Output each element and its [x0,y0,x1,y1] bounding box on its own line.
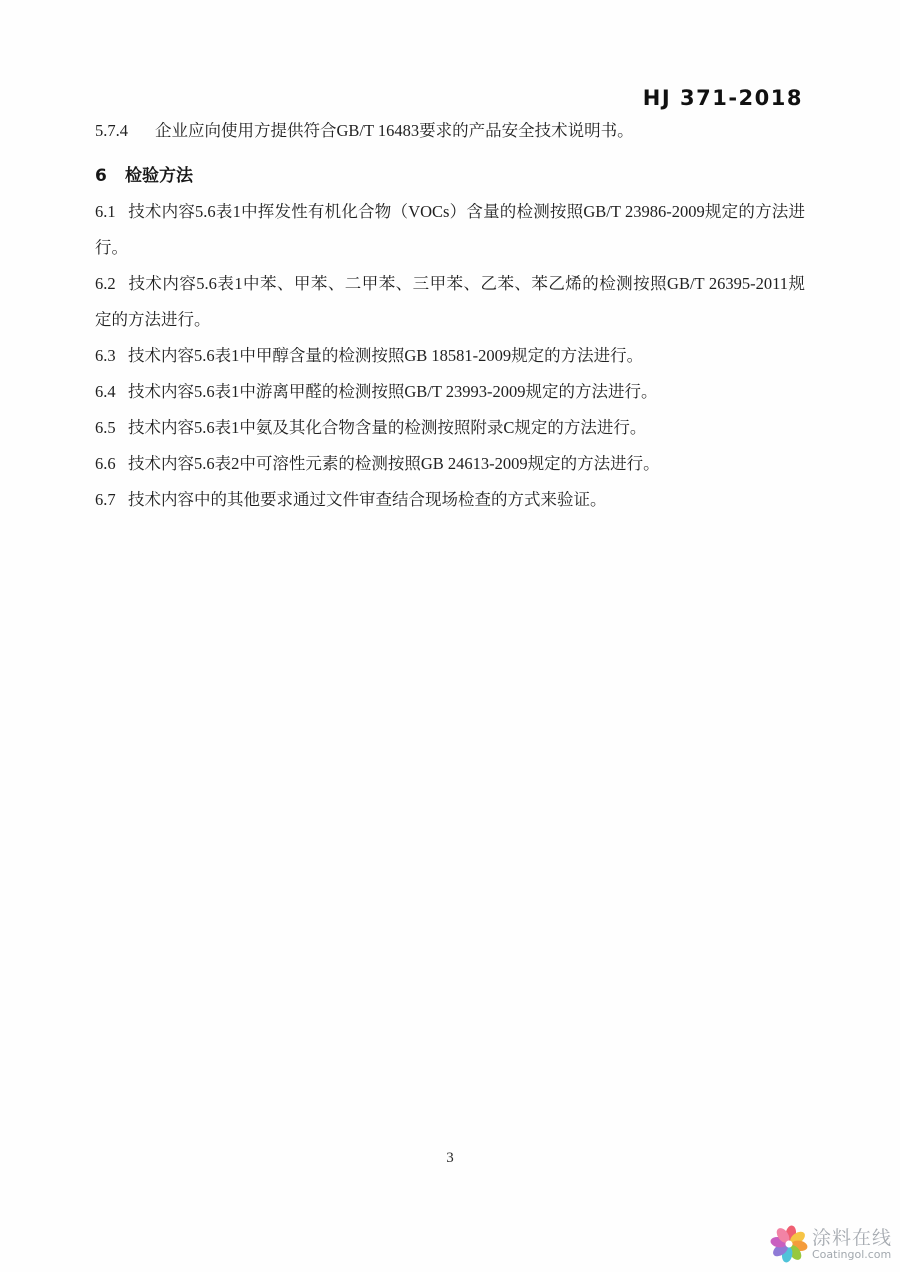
section-number: 6 [95,164,125,188]
clause-text: 技术内容5.6表1中苯、甲苯、二甲苯、三甲苯、乙苯、苯乙烯的检测按照GB/T 2… [95,274,805,329]
clause-6-4: 6.4技术内容5.6表1中游离甲醛的检测按照GB/T 23993-2009规定的… [95,374,805,410]
doc-code-header: HJ 371-2018 [643,86,803,110]
clause-number: 6.4 [95,374,128,410]
clause-text: 技术内容5.6表1中甲醇含量的检测按照GB 18581-2009规定的方法进行。 [128,346,643,365]
clause-number: 6.3 [95,338,128,374]
clause-6-6: 6.6技术内容5.6表2中可溶性元素的检测按照GB 24613-2009规定的方… [95,446,805,482]
pinwheel-flower-icon [769,1224,809,1264]
clause-text: 技术内容5.6表2中可溶性元素的检测按照GB 24613-2009规定的方法进行… [128,454,660,473]
clause-number: 5.7.4 [95,118,155,144]
clause-6-3: 6.3技术内容5.6表1中甲醇含量的检测按照GB 18581-2009规定的方法… [95,338,805,374]
clause-6-5: 6.5技术内容5.6表1中氨及其化合物含量的检测按照附录C规定的方法进行。 [95,410,805,446]
clause-6-2: 6.2技术内容5.6表1中苯、甲苯、二甲苯、三甲苯、乙苯、苯乙烯的检测按照GB/… [95,266,805,338]
clause-number: 6.7 [95,482,128,518]
clause-text: 技术内容5.6表1中游离甲醛的检测按照GB/T 23993-2009规定的方法进… [128,382,658,401]
clause-text: 技术内容中的其他要求通过文件审查结合现场检查的方式来验证。 [128,490,607,509]
clause-number: 6.6 [95,446,128,482]
document-body: 5.7.4企业应向使用方提供符合GB/T 16483要求的产品安全技术说明书。 … [95,118,805,518]
clause-text: 企业应向使用方提供符合GB/T 16483要求的产品安全技术说明书。 [155,121,634,140]
clause-number: 6.2 [95,266,128,302]
method-clause-list: 6.1技术内容5.6表1中挥发性有机化合物（VOCs）含量的检测按照GB/T 2… [95,194,805,518]
clause-5-7-4: 5.7.4企业应向使用方提供符合GB/T 16483要求的产品安全技术说明书。 [95,118,805,144]
watermark-site-domain: Coatingol.com [812,1249,892,1260]
page-number: 3 [0,1150,900,1167]
section-title: 检验方法 [125,166,193,186]
clause-number: 6.5 [95,410,128,446]
clause-6-7: 6.7技术内容中的其他要求通过文件审查结合现场检查的方式来验证。 [95,482,805,518]
clause-6-1: 6.1技术内容5.6表1中挥发性有机化合物（VOCs）含量的检测按照GB/T 2… [95,194,805,266]
clause-text: 技术内容5.6表1中氨及其化合物含量的检测按照附录C规定的方法进行。 [128,418,646,437]
section-6-heading: 6检验方法 [95,164,805,188]
watermark-site-name: 涂料在线 [812,1229,892,1248]
coatingol-watermark: 涂料在线 Coatingol.com [769,1224,892,1264]
clause-text: 技术内容5.6表1中挥发性有机化合物（VOCs）含量的检测按照GB/T 2398… [95,202,805,257]
document-page: HJ 371-2018 5.7.4企业应向使用方提供符合GB/T 16483要求… [0,0,900,1272]
clause-number: 6.1 [95,194,128,230]
watermark-text: 涂料在线 Coatingol.com [812,1229,892,1260]
